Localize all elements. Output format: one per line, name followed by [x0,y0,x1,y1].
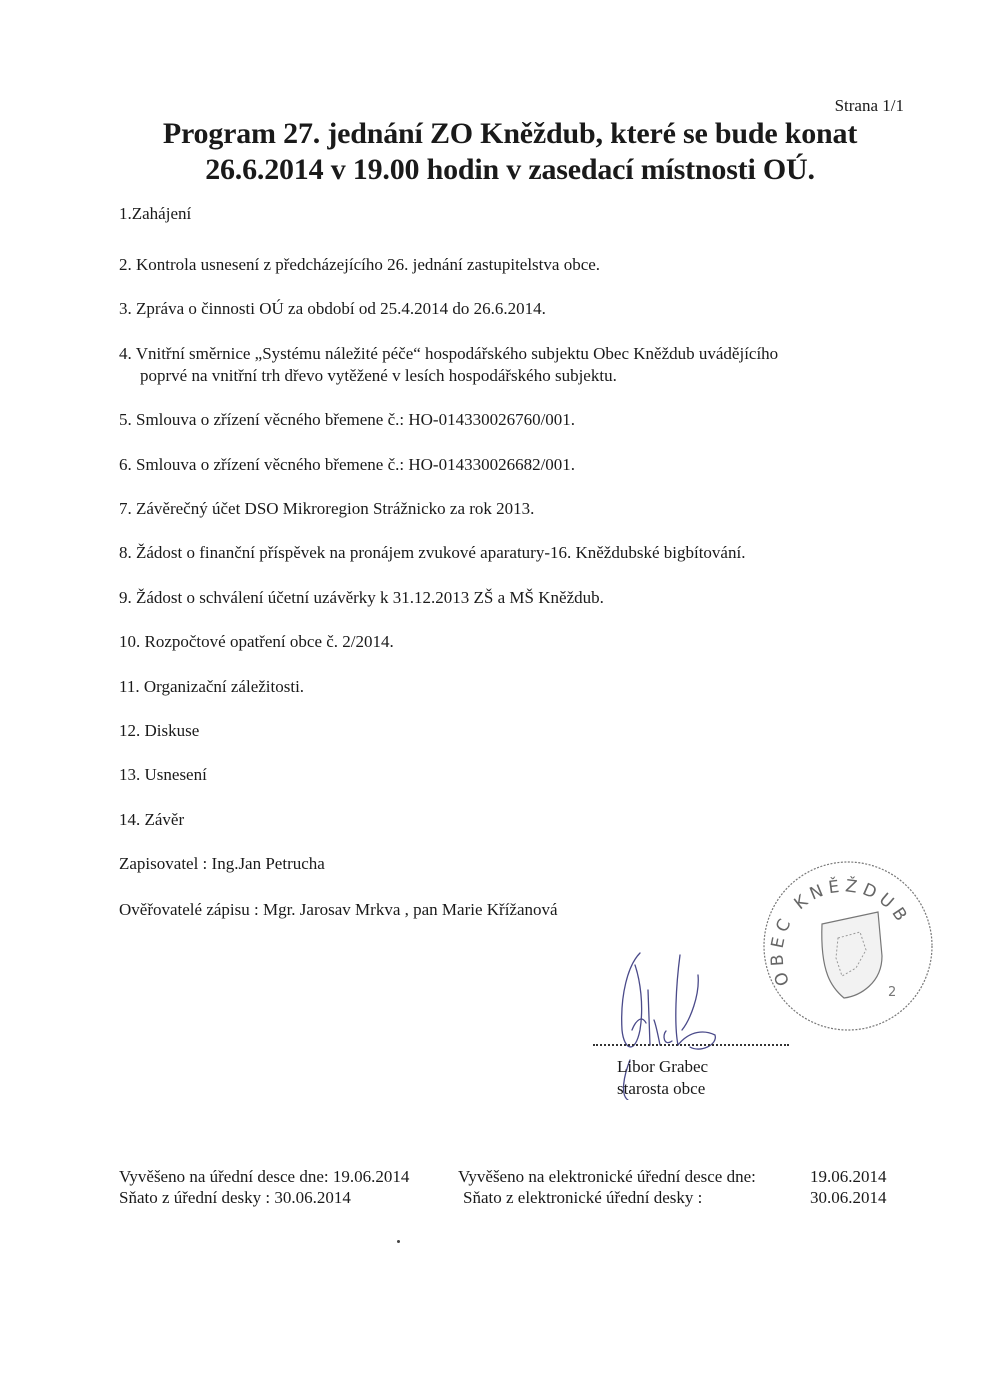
signature-line [593,1044,789,1046]
page-title: Program 27. jednání ZO Kněždub, které se… [0,116,1000,188]
footer-posted-office: Vyvěšeno na úřední desce dne: 19.06.2014 [119,1167,409,1187]
scan-speck [397,1240,400,1243]
agenda-item: 14. Závěr [119,809,184,831]
agenda-item: 13. Usnesení [119,764,207,786]
agenda-item: 3. Zpráva o činnosti OÚ za období od 25.… [119,298,546,320]
signer-role: starosta obce [617,1079,705,1099]
agenda-item: 11. Organizační záležitosti. [119,676,304,698]
agenda-item: 9. Žádost o schválení účetní uzávěrky k … [119,587,604,609]
agenda-item: 8. Žádost o finanční příspěvek na pronáj… [119,542,745,564]
agenda-item: 10. Rozpočtové opatření obce č. 2/2014. [119,631,394,653]
signer-name: Libor Grabec [617,1057,708,1077]
title-line-2: 26.6.2014 v 19.00 hodin v zasedací místn… [0,152,1000,188]
agenda-item: 5. Smlouva o zřízení věcného břemene č.:… [119,409,575,431]
stamp-number: 2 [888,985,896,1000]
footer-posted-electronic-date: 19.06.2014 [810,1167,887,1187]
recorder: Zapisovatel : Ing.Jan Petrucha [119,853,325,875]
agenda-item: 6. Smlouva o zřízení věcného břemene č.:… [119,454,575,476]
footer-removed-electronic: Sňato z elektronické úřední desky : [463,1188,702,1208]
page-number: Strana 1/1 [835,96,904,116]
footer-removed-electronic-date: 30.06.2014 [810,1188,887,1208]
agenda-item: 12. Diskuse [119,720,199,742]
agenda-item-text: 4. Vnitřní směrnice „Systému náležité pé… [119,344,778,363]
title-line-1: Program 27. jednání ZO Kněždub, které se… [0,116,1000,152]
verifiers: Ověřovatelé zápisu : Mgr. Jarosav Mrkva … [119,899,558,921]
footer-removed-office: Sňato z úřední desky : 30.06.2014 [119,1188,351,1208]
footer-posted-electronic: Vyvěšeno na elektronické úřední desce dn… [458,1167,756,1187]
agenda-item: 4. Vnitřní směrnice „Systému náležité pé… [119,343,778,387]
coat-of-arms-icon [822,912,882,998]
official-stamp: OBEC KNĚŽDUB 2 [760,858,935,1033]
agenda-item-continuation: poprvé na vnitřní trh dřevo vytěžené v l… [119,365,778,387]
agenda-item: 7. Závěrečný účet DSO Mikroregion Strážn… [119,498,534,520]
agenda-item: 1.Zahájení [119,203,191,225]
agenda-item: 2. Kontrola usnesení z předcházejícího 2… [119,254,600,276]
